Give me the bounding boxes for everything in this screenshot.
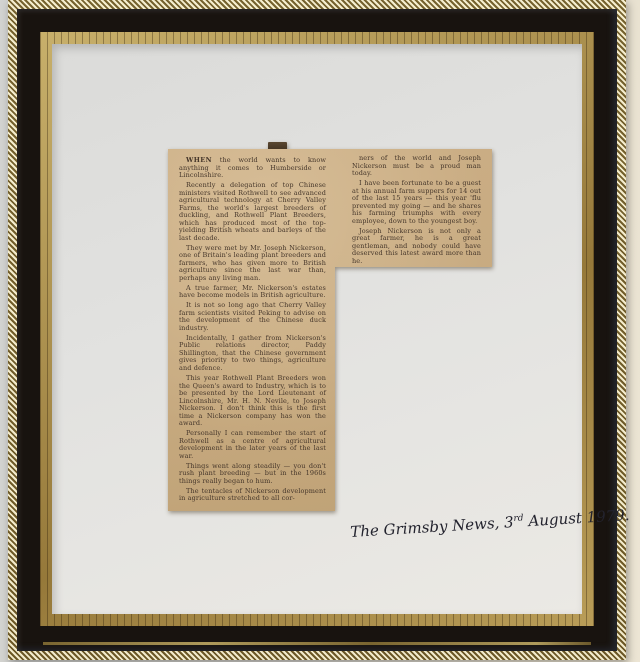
article-paragraph: The tentacles of Nickerson development i… — [179, 488, 326, 503]
frame-black-moulding: WHEN the world wants to know anything it… — [17, 9, 617, 651]
caption-ordinal: rd — [513, 513, 524, 524]
article-paragraph: They were met by Mr. Joseph Nickerson, o… — [179, 245, 326, 283]
clipping-paper: WHEN the world wants to know anything it… — [168, 149, 492, 511]
caption-suffix: August 1979. — [523, 506, 630, 530]
article-paragraph: I have been fortunate to be a guest at h… — [352, 180, 481, 225]
article-paragraph: Joseph Nickerson is not only a great far… — [352, 228, 481, 266]
article-paragraph: Personally I can remember the start of R… — [179, 430, 326, 460]
article-paragraph: WHEN the world wants to know anything it… — [179, 157, 326, 180]
article-paragraph: This year Rothwell Plant Breeders won th… — [179, 375, 326, 428]
article-column-left: WHEN the world wants to know anything it… — [179, 157, 326, 505]
frame-gold-inner-lip: WHEN the world wants to know anything it… — [40, 32, 594, 626]
article-paragraph: ners of the world and Joseph Nickerson m… — [352, 155, 481, 178]
mat-board: WHEN the world wants to know anything it… — [52, 44, 582, 614]
picture-frame: WHEN the world wants to know anything it… — [8, 0, 626, 660]
article-paragraph: Incidentally, I gather from Nickerson's … — [179, 335, 326, 373]
newspaper-clipping: WHEN the world wants to know anything it… — [168, 149, 492, 511]
article-paragraph: Things went along steadily — you don't r… — [179, 463, 326, 486]
article-paragraph: A true farmer, Mr. Nickerson's estates h… — [179, 285, 326, 300]
article-column-right: ners of the world and Joseph Nickerson m… — [352, 155, 481, 268]
article-paragraph: Recently a delegation of top Chinese min… — [179, 182, 326, 242]
article-paragraph: It is not so long ago that Cherry Valley… — [179, 302, 326, 332]
caption-prefix: The Grimsby News, 3 — [350, 513, 514, 541]
